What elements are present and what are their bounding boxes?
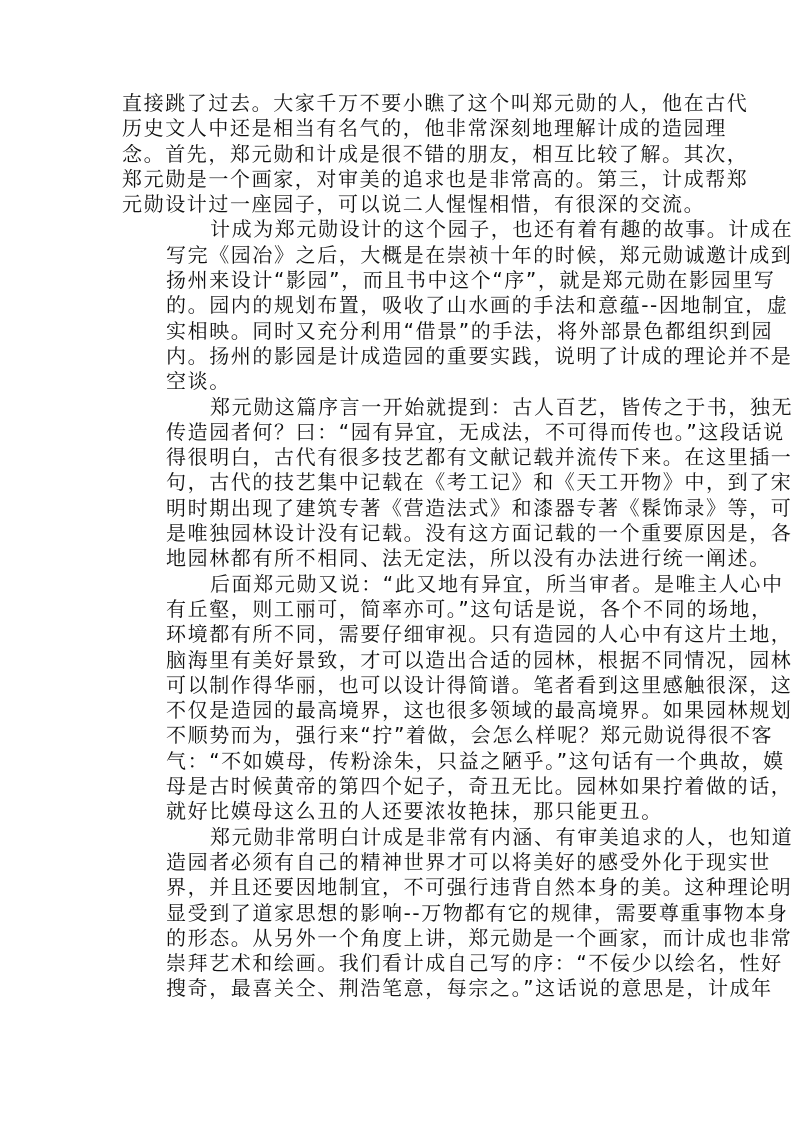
text-line: 直接跳了过去。大家千万不要小瞧了这个叫郑元勋的人，他在古代	[122, 91, 674, 116]
text-line: 扬州来设计“影园”，而且书中这个“序”，就是郑元勋在影园里写	[122, 268, 674, 293]
text-line: 搜奇，最喜关仝、荆浩笔意，每宗之。”这话说的意思是，计成年	[122, 976, 674, 1001]
paragraph-1: 直接跳了过去。大家千万不要小瞧了这个叫郑元勋的人，他在古代 历史文人中还是相当有…	[122, 91, 674, 217]
text-line: 地园林都有所不相同、法无定法，所以没有办法进行统一阐述。	[122, 546, 674, 571]
text-line: 念。首先，郑元勋和计成是很不错的朋友，相互比较了解。其次，	[122, 142, 674, 167]
text-line: 气：“不如嫫母，传粉涂朱，只益之陋乎。”这句话有一个典故，嫫	[122, 749, 674, 774]
text-line: 郑元勋非常明白计成是非常有内涵、有审美追求的人，也知道	[122, 825, 674, 850]
text-line: 内。扬州的影园是计成造园的重要实践，说明了计成的理论并不是	[122, 344, 674, 369]
text-line: 造园者必须有自己的精神世界才可以将美好的感受外化于现实世	[122, 850, 674, 875]
text-line: 脑海里有美好景致，才可以造出合适的园林，根据不同情况，园林	[122, 648, 674, 673]
text-line: 就好比嫫母这么丑的人还要浓妆艳抹，那只能更丑。	[122, 799, 674, 824]
document-page: 直接跳了过去。大家千万不要小瞧了这个叫郑元勋的人，他在古代 历史文人中还是相当有…	[122, 91, 674, 1002]
text-line: 有丘壑，则工丽可，简率亦可。”这句话是说，各个不同的场地，	[122, 597, 674, 622]
text-line: 显受到了道家思想的影响--万物都有它的规律，需要尊重事物本身	[122, 901, 674, 926]
text-line: 得很明白，古代有很多技艺都有文献记载并流传下来。在这里插一	[122, 445, 674, 470]
text-line: 句，古代的技艺集中记载在《考工记》和《天工开物》中，到了宋	[122, 470, 674, 495]
text-line: 元勋设计过一座园子，可以说二人惺惺相惜，有很深的交流。	[122, 192, 674, 217]
text-line: 的形态。从另外一个角度上讲，郑元勋是一个画家，而计成也非常	[122, 926, 674, 951]
paragraph-5: 郑元勋非常明白计成是非常有内涵、有审美追求的人，也知道 造园者必须有自己的精神世…	[122, 825, 674, 1002]
paragraph-4: 后面郑元勋又说：“此又地有异宜，所当审者。是唯主人心中 有丘壑，则工丽可，简率亦…	[122, 572, 674, 825]
text-line: 不顺势而为，强行来“拧”着做，会怎么样呢？郑元勋说得很不客	[122, 723, 674, 748]
text-line: 可以制作得华丽，也可以设计得简谱。笔者看到这里感触很深，这	[122, 673, 674, 698]
paragraph-3: 郑元勋这篇序言一开始就提到：古人百艺，皆传之于书，独无 传造园者何？曰：“园有异…	[122, 395, 674, 572]
text-line: 历史文人中还是相当有名气的，他非常深刻地理解计成的造园理	[122, 116, 674, 141]
text-line: 界，并且还要因地制宜，不可强行违背自然本身的美。这种理论明	[122, 875, 674, 900]
text-line: 明时期出现了建筑专著《营造法式》和漆器专著《髹饰录》等，可	[122, 496, 674, 521]
text-line: 郑元勋这篇序言一开始就提到：古人百艺，皆传之于书，独无	[122, 395, 674, 420]
text-line: 写完《园冶》之后，大概是在崇祯十年的时候，郑元勋诚邀计成到	[122, 243, 674, 268]
text-line: 郑元勋是一个画家，对审美的追求也是非常高的。第三，计成帮郑	[122, 167, 674, 192]
text-line: 环境都有所不同，需要仔细审视。只有造园的人心中有这片土地，	[122, 622, 674, 647]
text-line: 不仅是造园的最高境界，这也很多领域的最高境界。如果园林规划	[122, 698, 674, 723]
text-line: 计成为郑元勋设计的这个园子，也还有着有趣的故事。计成在	[122, 217, 674, 242]
text-line: 实相映。同时又充分利用“借景”的手法，将外部景色都组织到园	[122, 319, 674, 344]
text-line: 是唯独园林设计没有记载。没有这方面记载的一个重要原因是，各	[122, 521, 674, 546]
text-line: 的。园内的规划布置，吸收了山水画的手法和意蕴--因地制宜，虚	[122, 293, 674, 318]
text-line: 母是古时候黄帝的第四个妃子，奇丑无比。园林如果拧着做的话，	[122, 774, 674, 799]
text-line: 后面郑元勋又说：“此又地有异宜，所当审者。是唯主人心中	[122, 572, 674, 597]
text-line: 空谈。	[122, 369, 674, 394]
text-line: 崇拜艺术和绘画。我们看计成自己写的序：“不佞少以绘名，性好	[122, 951, 674, 976]
paragraph-2: 计成为郑元勋设计的这个园子，也还有着有趣的故事。计成在 写完《园冶》之后，大概是…	[122, 217, 674, 394]
text-line: 传造园者何？曰：“园有异宜，无成法，不可得而传也。”这段话说	[122, 420, 674, 445]
